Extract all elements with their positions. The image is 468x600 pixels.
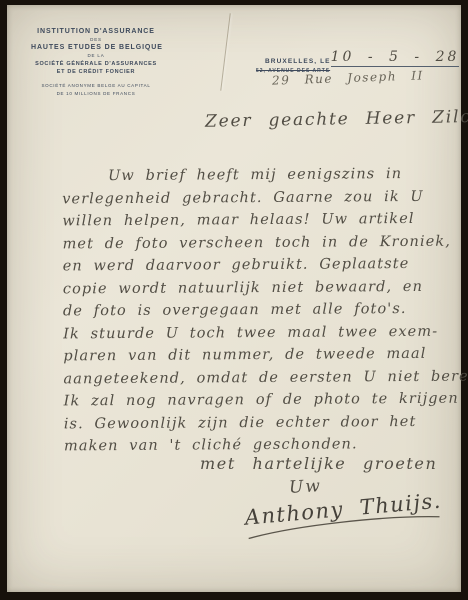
letter-paper: INSTITUTION D'ASSURANCE DES HAUTES ETUDE…	[7, 5, 461, 592]
body-line: copie wordt natuurlijk niet bewaard, en	[63, 275, 463, 300]
letterhead-line: DE LA	[31, 53, 161, 59]
body-line: de foto is overgegaan met alle foto's.	[63, 298, 463, 323]
photo-background: INSTITUTION D'ASSURANCE DES HAUTES ETUDE…	[0, 0, 468, 600]
signature: Anthony Thuijs.	[244, 488, 446, 541]
letterhead-line: SOCIÉTÉ GÉNÉRALE D'ASSURANCES	[31, 60, 161, 68]
letterhead-line: INSTITUTION D'ASSURANCE	[31, 28, 161, 36]
letterhead-line: HAUTES ETUDES DE BELGIQUE	[31, 44, 161, 52]
body-line: met de foto verscheen toch in de Kroniek…	[62, 230, 462, 255]
body-line: en werd daarvoor gebruikt. Geplaatste	[63, 253, 463, 278]
body-line: willen helpen, maar helaas! Uw artikel	[62, 208, 462, 233]
closing: met hartelijke groeten	[200, 454, 437, 473]
letterhead-line: DES	[31, 37, 161, 43]
body-line: plaren van dit nummer, de tweede maal	[63, 343, 463, 368]
body-line: aangeteekend, omdat de eersten U niet be…	[63, 365, 463, 390]
salutation: Zeer geachte Heer Zilcken.	[205, 106, 468, 131]
dateline: BRUXELLES, LE 10 - 5 - 28	[265, 49, 455, 67]
letterhead-line: ET DE CRÉDIT FONCIER	[31, 68, 161, 76]
body-line: Uw brief heeft mij eenigszins in	[62, 163, 462, 188]
letterhead: INSTITUTION D'ASSURANCE DES HAUTES ETUDE…	[31, 28, 161, 97]
letterhead-line: SOCIÉTÉ ANONYME BELGE AU CAPITAL	[31, 82, 161, 89]
handwritten-date: 10 - 5 - 28	[331, 49, 460, 67]
body-line: Ik stuurde U toch twee maal twee exem-	[63, 320, 463, 345]
letter-body: Uw brief heeft mij eenigszins in verlege…	[62, 163, 464, 458]
place-label: BRUXELLES, LE	[265, 58, 331, 67]
valediction: Uw	[288, 476, 322, 498]
letterhead-line: DE 10 MILLIONS DE FRANCS	[31, 90, 161, 97]
body-line: is. Gewoonlijk zijn die echter door het	[64, 410, 464, 435]
body-line: verlegenheid gebracht. Gaarne zou ik U	[62, 185, 462, 210]
body-line: Ik zal nog navragen of de photo te krijg…	[64, 388, 464, 413]
paper-crease	[220, 13, 230, 91]
